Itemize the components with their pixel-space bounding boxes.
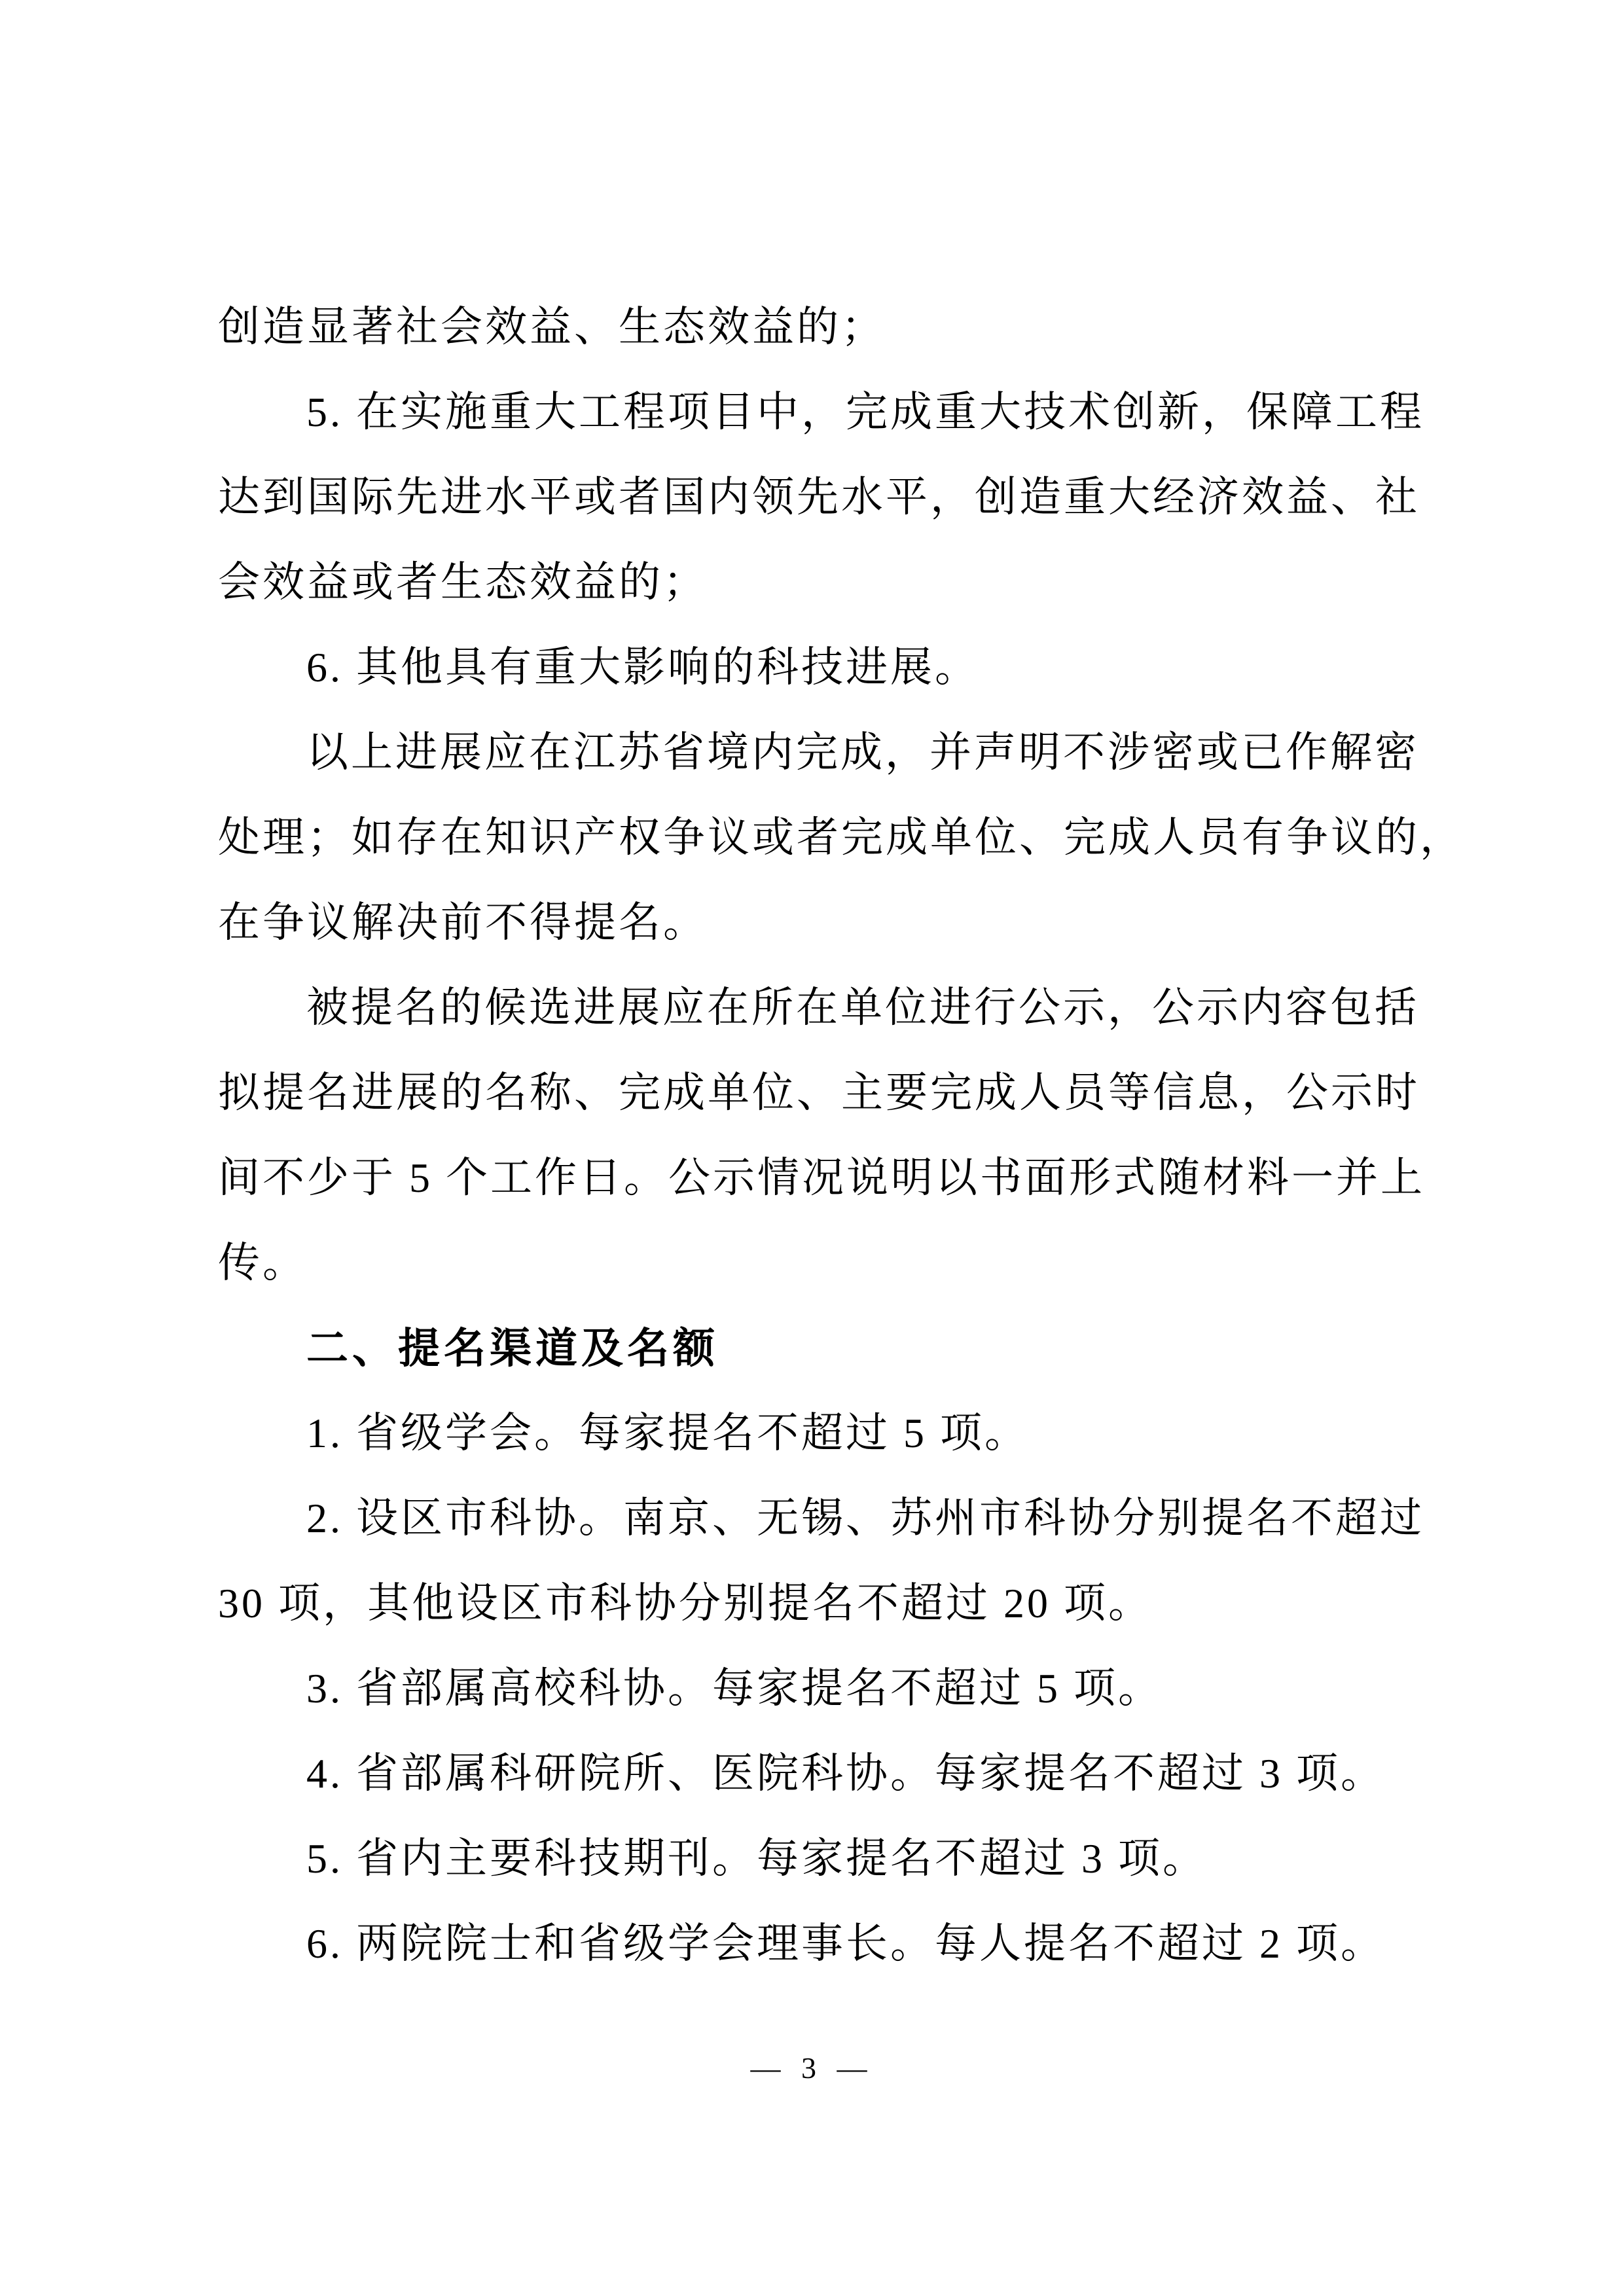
- document-page: 创造显著社会效益、生态效益的；5. 在实施重大工程项目中，完成重大技术创新，保障…: [0, 0, 1624, 2296]
- text-line: 5. 在实施重大工程项目中，完成重大技术创新，保障工程: [218, 370, 1405, 455]
- document-body: 创造显著社会效益、生态效益的；5. 在实施重大工程项目中，完成重大技术创新，保障…: [218, 285, 1405, 1986]
- text-line: 2. 设区市科协。南京、无锡、苏州市科协分别提名不超过: [218, 1476, 1405, 1561]
- text-line: 间不少于 5 个工作日。公示情况说明以书面形式随材料一并上: [218, 1136, 1405, 1221]
- text-line: 在争议解决前不得提名。: [218, 880, 1405, 965]
- text-line: 30 项，其他设区市科协分别提名不超过 20 项。: [218, 1561, 1405, 1646]
- text-line: 6. 其他具有重大影响的科技进展。: [218, 625, 1405, 710]
- section-heading: 二、提名渠道及名额: [218, 1306, 1405, 1391]
- text-line: 5. 省内主要科技期刊。每家提名不超过 3 项。: [218, 1816, 1405, 1901]
- text-line: 拟提名进展的名称、完成单位、主要完成人员等信息，公示时: [218, 1050, 1405, 1136]
- text-line: 6. 两院院士和省级学会理事长。每人提名不超过 2 项。: [218, 1901, 1405, 1986]
- text-line: 创造显著社会效益、生态效益的；: [218, 285, 1405, 370]
- text-line: 传。: [218, 1221, 1405, 1306]
- text-line: 处理；如存在知识产权争议或者完成单位、完成人员有争议的，: [218, 795, 1405, 880]
- text-line: 会效益或者生态效益的；: [218, 540, 1405, 625]
- page-number: — 3 —: [0, 2046, 1624, 2090]
- text-line: 3. 省部属高校科协。每家提名不超过 5 项。: [218, 1646, 1405, 1731]
- text-line: 达到国际先进水平或者国内领先水平，创造重大经济效益、社: [218, 455, 1405, 540]
- text-line: 被提名的候选进展应在所在单位进行公示，公示内容包括: [218, 965, 1405, 1050]
- text-line: 1. 省级学会。每家提名不超过 5 项。: [218, 1391, 1405, 1476]
- text-line: 以上进展应在江苏省境内完成，并声明不涉密或已作解密: [218, 710, 1405, 795]
- text-line: 4. 省部属科研院所、医院科协。每家提名不超过 3 项。: [218, 1731, 1405, 1816]
